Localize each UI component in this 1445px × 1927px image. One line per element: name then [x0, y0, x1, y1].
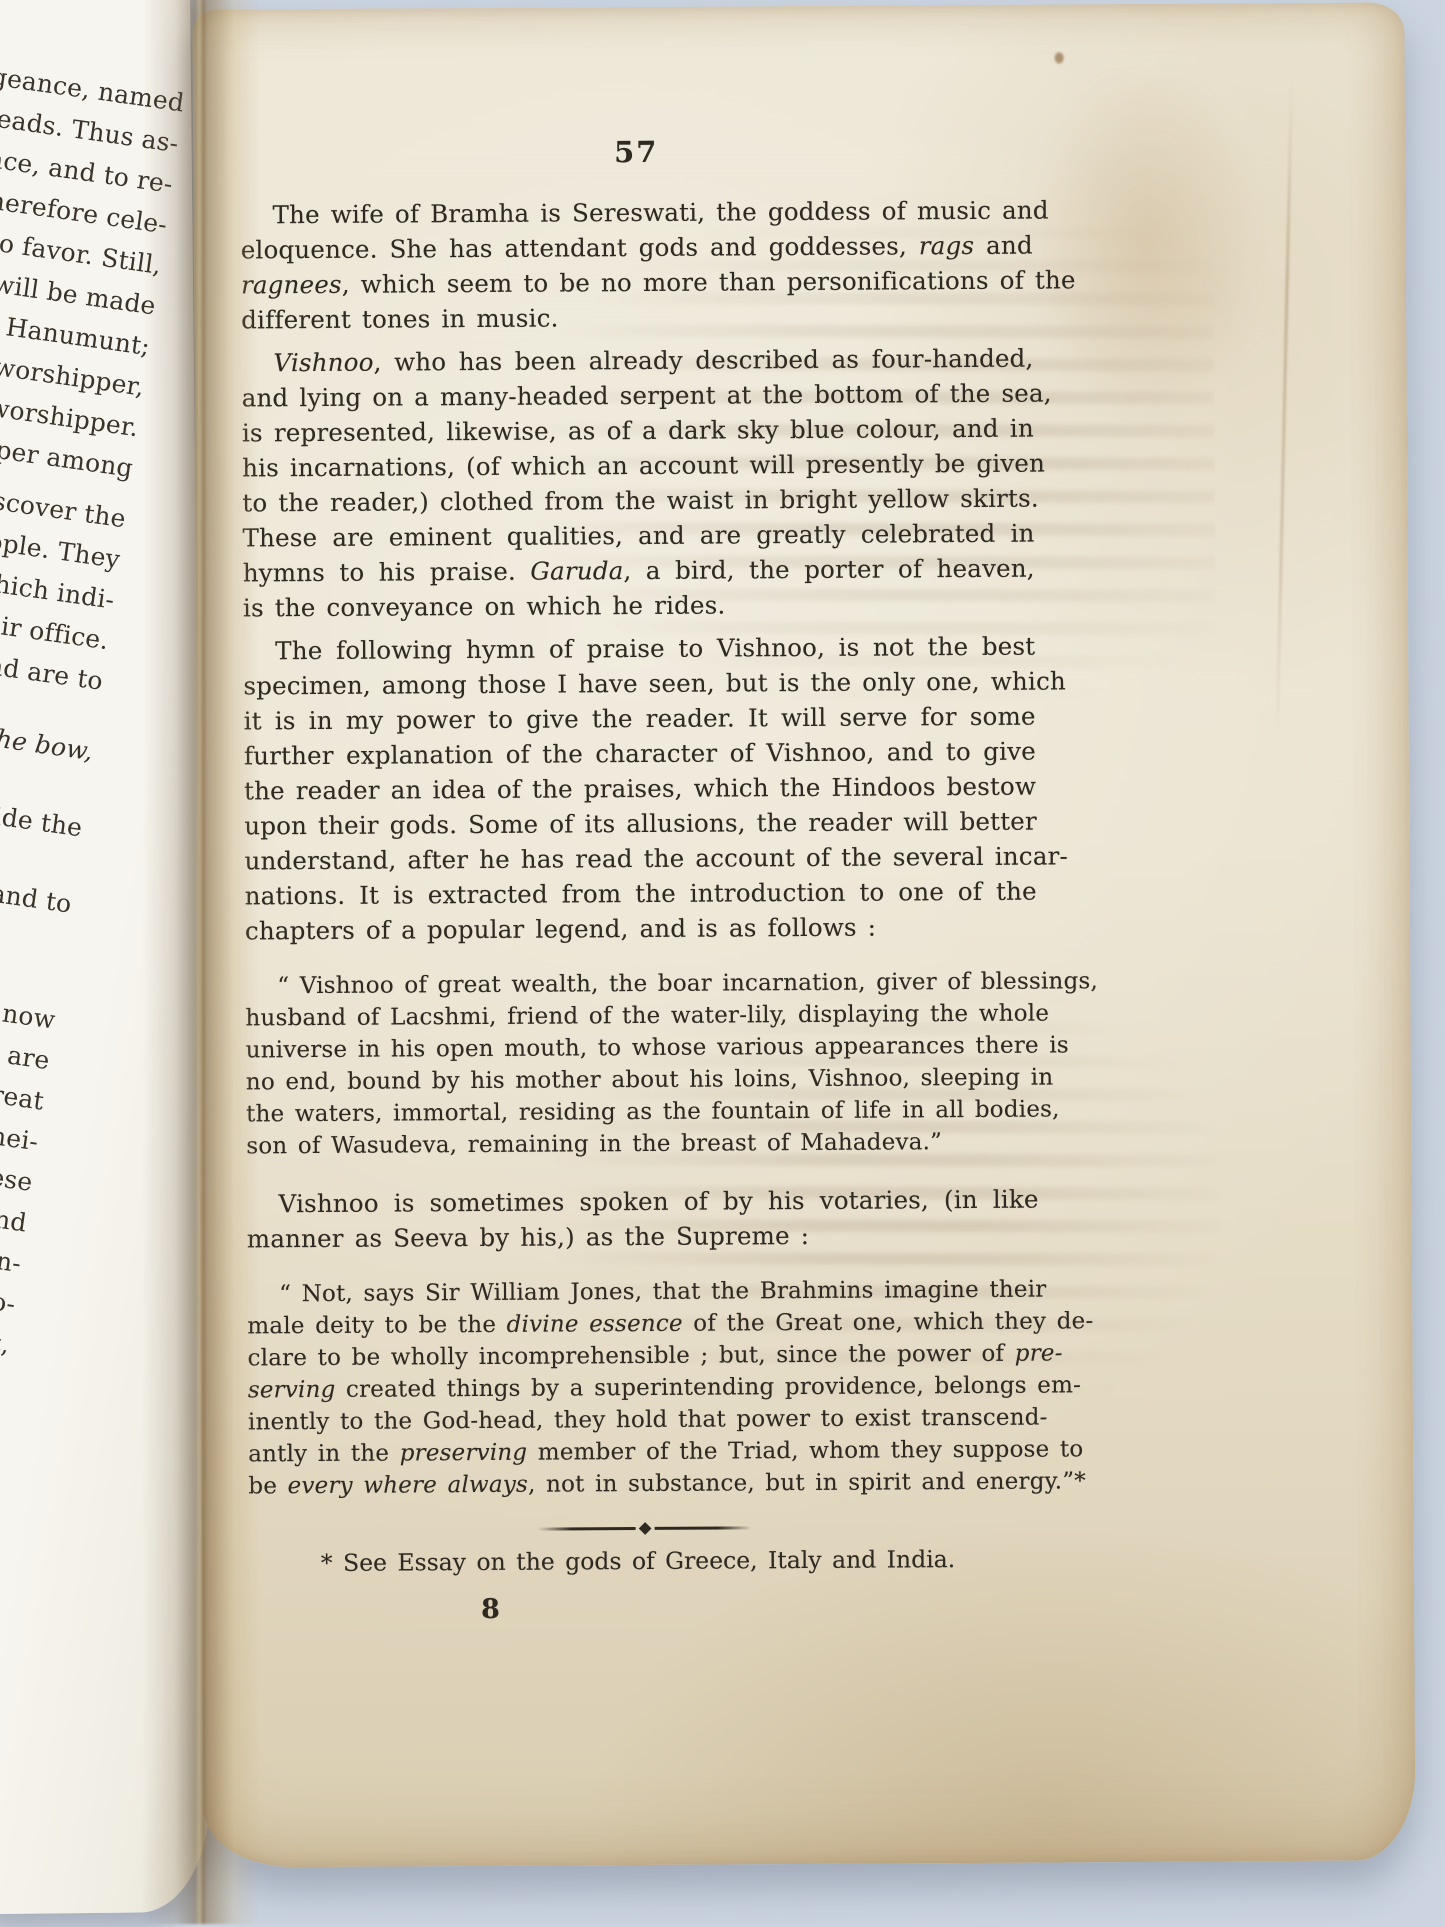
left-page: engeance, namedheads. Thus as-giance, an…	[0, 0, 210, 1914]
text-segment: chapters of a popular legend, and is as …	[245, 913, 876, 946]
body-paragraph: The wife of Bramha is Sereswati, the god…	[240, 193, 1033, 338]
italic-text-segment: every where always	[288, 1472, 529, 1499]
left-text-fragment: re to labor and to	[0, 839, 74, 924]
text-segment: it is in my power to give the reader. It…	[244, 702, 1036, 736]
text-line: serving created things by a superintendi…	[248, 1370, 1040, 1407]
text-line: Vishnoo, who has been already described …	[241, 341, 1033, 381]
italic-text-segment: rags	[919, 231, 975, 260]
text-line: son of Wasudeva, remaining in the breast…	[246, 1126, 1038, 1163]
text-line: to the reader,) clothed from the waist i…	[242, 481, 1034, 521]
text-segment: and	[974, 231, 1033, 260]
text-segment: , a bird, the porter of heaven,	[623, 554, 1034, 586]
text-line: husband of Lacshmi, friend of the water-…	[245, 998, 1037, 1035]
text-line: it is in my power to give the reader. It…	[244, 699, 1036, 739]
text-segment: clare to be wholly incomprehensible ; bu…	[247, 1341, 1014, 1372]
text-line: The wife of Bramha is Sereswati, the god…	[240, 193, 1032, 233]
italic-text-segment: divine essence	[507, 1311, 683, 1338]
text-line: upon their gods. Some of its allusions, …	[244, 804, 1036, 844]
printed-text-area: 57 The wife of Bramha is Sereswati, the …	[240, 133, 1041, 1627]
text-line: “ Vishnoo of great wealth, the boar inca…	[245, 966, 1037, 1003]
text-line: specimen, among those I have seen, but i…	[243, 664, 1035, 704]
signature-mark: 8	[481, 1591, 1041, 1625]
text-segment: upon their gods. Some of its allusions, …	[244, 807, 1037, 841]
quote-paragraph: “ Not, says Sir William Jones, that the …	[247, 1274, 1040, 1503]
text-line: ragnees, which seem to be no more than p…	[241, 263, 1033, 303]
body-paragraph: Vishnoo is sometimes spoken of by his vo…	[247, 1182, 1039, 1257]
text-segment: These are eminent qualities, and are gre…	[242, 519, 1034, 553]
text-segment: the reader an idea of the praises, which…	[244, 772, 1036, 806]
text-line: is represented, likewise, as of a dark s…	[242, 411, 1034, 451]
left-fragment-group: ree lowest are nows between them are, ho…	[0, 955, 58, 1365]
divider-ornament	[538, 1523, 752, 1533]
text-segment: “ Not, says Sir William Jones, that the …	[279, 1277, 1046, 1308]
text-line: nations. It is extracted from the introd…	[245, 874, 1037, 914]
text-line: hymns to his praise. Garuda, a bird, the…	[243, 551, 1035, 591]
left-text-fragment: ts, have an appear-	[0, 1362, 1, 1447]
left-fragment-group: re to provide the	[0, 763, 85, 848]
left-page-fragments: engeance, namedheads. Thus as-giance, an…	[0, 38, 187, 1813]
text-segment: male deity to be the	[247, 1312, 506, 1340]
text-line: no end, bound by his mother about his lo…	[246, 1062, 1038, 1099]
text-segment: antly in the	[248, 1440, 400, 1467]
paper-crease	[1276, 81, 1293, 741]
left-text-fragment: to draw the bow,	[0, 687, 96, 772]
text-segment: The wife of Bramha is Sereswati, the god…	[273, 195, 1049, 229]
left-text-fragment: re to provide the	[0, 763, 85, 848]
left-fragment-group: ts, have an appear-ription. Regardedshun…	[0, 1362, 1, 1813]
divider-rule-right	[654, 1526, 752, 1530]
italic-text-segment: pre-	[1015, 1340, 1063, 1366]
paper-speck	[1055, 52, 1064, 63]
page-number: 57	[240, 133, 1032, 172]
text-line: the reader an idea of the praises, which…	[244, 769, 1036, 809]
left-fragment-group: ndoos discover theof people. Theyorder, …	[0, 454, 128, 702]
italic-text-segment: preserving	[400, 1440, 528, 1467]
main-page: 57 The wife of Bramha is Sereswati, the …	[192, 2, 1415, 1867]
text-line: is the conveyance on which he rides.	[243, 586, 1035, 626]
text-segment: , which seem to be no more than personif…	[342, 265, 1076, 298]
italic-text-segment: Garuda	[530, 556, 623, 586]
text-line: “ Not, says Sir William Jones, that the …	[247, 1274, 1039, 1311]
body-paragraph: Vishnoo, who has been already described …	[241, 341, 1035, 626]
text-segment: manner as Seeva by his,) as the Supreme …	[247, 1221, 809, 1253]
text-segment: member of the Triad, whom they suppose t…	[527, 1436, 1083, 1465]
diamond-icon	[638, 1522, 651, 1535]
text-segment: The following hymn of praise to Vishnoo,…	[275, 632, 1035, 666]
italic-text-segment: Vishnoo	[273, 348, 373, 378]
text-segment: inently to the God-head, they hold that …	[248, 1405, 1048, 1436]
body-paragraph: The following hymn of praise to Vishnoo,…	[243, 629, 1037, 949]
text-line: be every where always, not in substance,…	[248, 1466, 1040, 1503]
text-segment: different tones in music.	[241, 303, 559, 334]
text-segment: son of Wasudeva, remaining in the breast…	[246, 1129, 942, 1159]
text-line: inently to the God-head, they hold that …	[248, 1402, 1040, 1439]
left-fragment-group: to draw the bow,	[0, 687, 96, 772]
text-line: and lying on a many-headed serpent at th…	[242, 376, 1034, 416]
text-segment: specimen, among those I have seen, but i…	[243, 666, 1066, 700]
text-line: his incarnations, (of which an account w…	[242, 446, 1034, 486]
text-segment: universe in his open mouth, to whose var…	[246, 1032, 1069, 1063]
text-segment: to the reader,) clothed from the waist i…	[242, 484, 1039, 518]
text-line: Vishnoo is sometimes spoken of by his vo…	[247, 1182, 1039, 1222]
text-segment: husband of Lacshmi, friend of the water-…	[245, 1001, 1049, 1032]
text-line: understand, after he has read the accoun…	[244, 839, 1036, 879]
text-line: clare to be wholly incomprehensible ; bu…	[247, 1338, 1039, 1375]
text-line: universe in his open mouth, to whose var…	[246, 1030, 1038, 1067]
text-segment: is the conveyance on which he rides.	[243, 590, 726, 622]
text-segment: eloquence. She has attendant gods and go…	[241, 231, 919, 264]
text-segment: created things by a superintending provi…	[335, 1372, 1081, 1403]
text-blocks: The wife of Bramha is Sereswati, the god…	[240, 193, 1040, 1503]
text-line: These are eminent qualities, and are gre…	[242, 516, 1034, 556]
italic-text-segment: serving	[248, 1377, 336, 1404]
quote-paragraph: “ Vishnoo of great wealth, the boar inca…	[245, 966, 1038, 1163]
text-segment: Vishnoo is sometimes spoken of by his vo…	[279, 1185, 1039, 1219]
text-segment: is represented, likewise, as of a dark s…	[242, 414, 1034, 448]
italic-text-segment: ragnees	[241, 270, 342, 300]
text-line: manner as Seeva by his,) as the Supreme …	[247, 1217, 1039, 1257]
text-segment: nations. It is extracted from the introd…	[245, 877, 1037, 911]
left-text-fragment: ree lowest are now	[0, 955, 58, 1040]
text-line: chapters of a popular legend, and is as …	[245, 909, 1037, 949]
text-segment: of the Great one, which they de-	[683, 1308, 1094, 1337]
text-line: eloquence. She has attendant gods and go…	[241, 228, 1033, 268]
text-segment: “ Vishnoo of great wealth, the boar inca…	[277, 968, 1098, 999]
text-line: antly in the preserving member of the Tr…	[248, 1434, 1040, 1471]
text-segment: , not in substance, but in spirit and en…	[528, 1468, 1086, 1497]
text-segment: and lying on a many-headed serpent at th…	[242, 378, 1052, 412]
text-segment: further explanation of the character of …	[244, 737, 1036, 771]
text-line: further explanation of the character of …	[244, 734, 1036, 774]
text-segment: no end, bound by his mother about his lo…	[246, 1064, 1054, 1095]
left-fragment-group: engeance, namedheads. Thus as-giance, an…	[0, 38, 187, 489]
text-line: male deity to be the divine essence of t…	[247, 1306, 1039, 1343]
text-segment: understand, after he has read the accoun…	[244, 841, 1068, 875]
text-line: The following hymn of praise to Vishnoo,…	[243, 629, 1035, 669]
text-line: the waters, immortal, residing as the fo…	[246, 1094, 1038, 1131]
text-segment: his incarnations, (of which an account w…	[242, 449, 1045, 483]
footnote: * See Essay on the gods of Greece, Italy…	[321, 1545, 1041, 1577]
left-fragment-group: re to labor and to	[0, 839, 74, 924]
book-photograph: { "colors": { "backdrop": "#cbd4e0", "pa…	[0, 0, 1445, 1927]
text-segment: be	[248, 1473, 287, 1499]
text-segment: , who has been already described as four…	[374, 344, 1034, 377]
text-segment: the waters, immortal, residing as the fo…	[246, 1096, 1060, 1127]
text-line: different tones in music.	[241, 298, 1033, 338]
text-segment: hymns to his praise.	[243, 557, 531, 588]
divider-rule-left	[538, 1527, 636, 1531]
